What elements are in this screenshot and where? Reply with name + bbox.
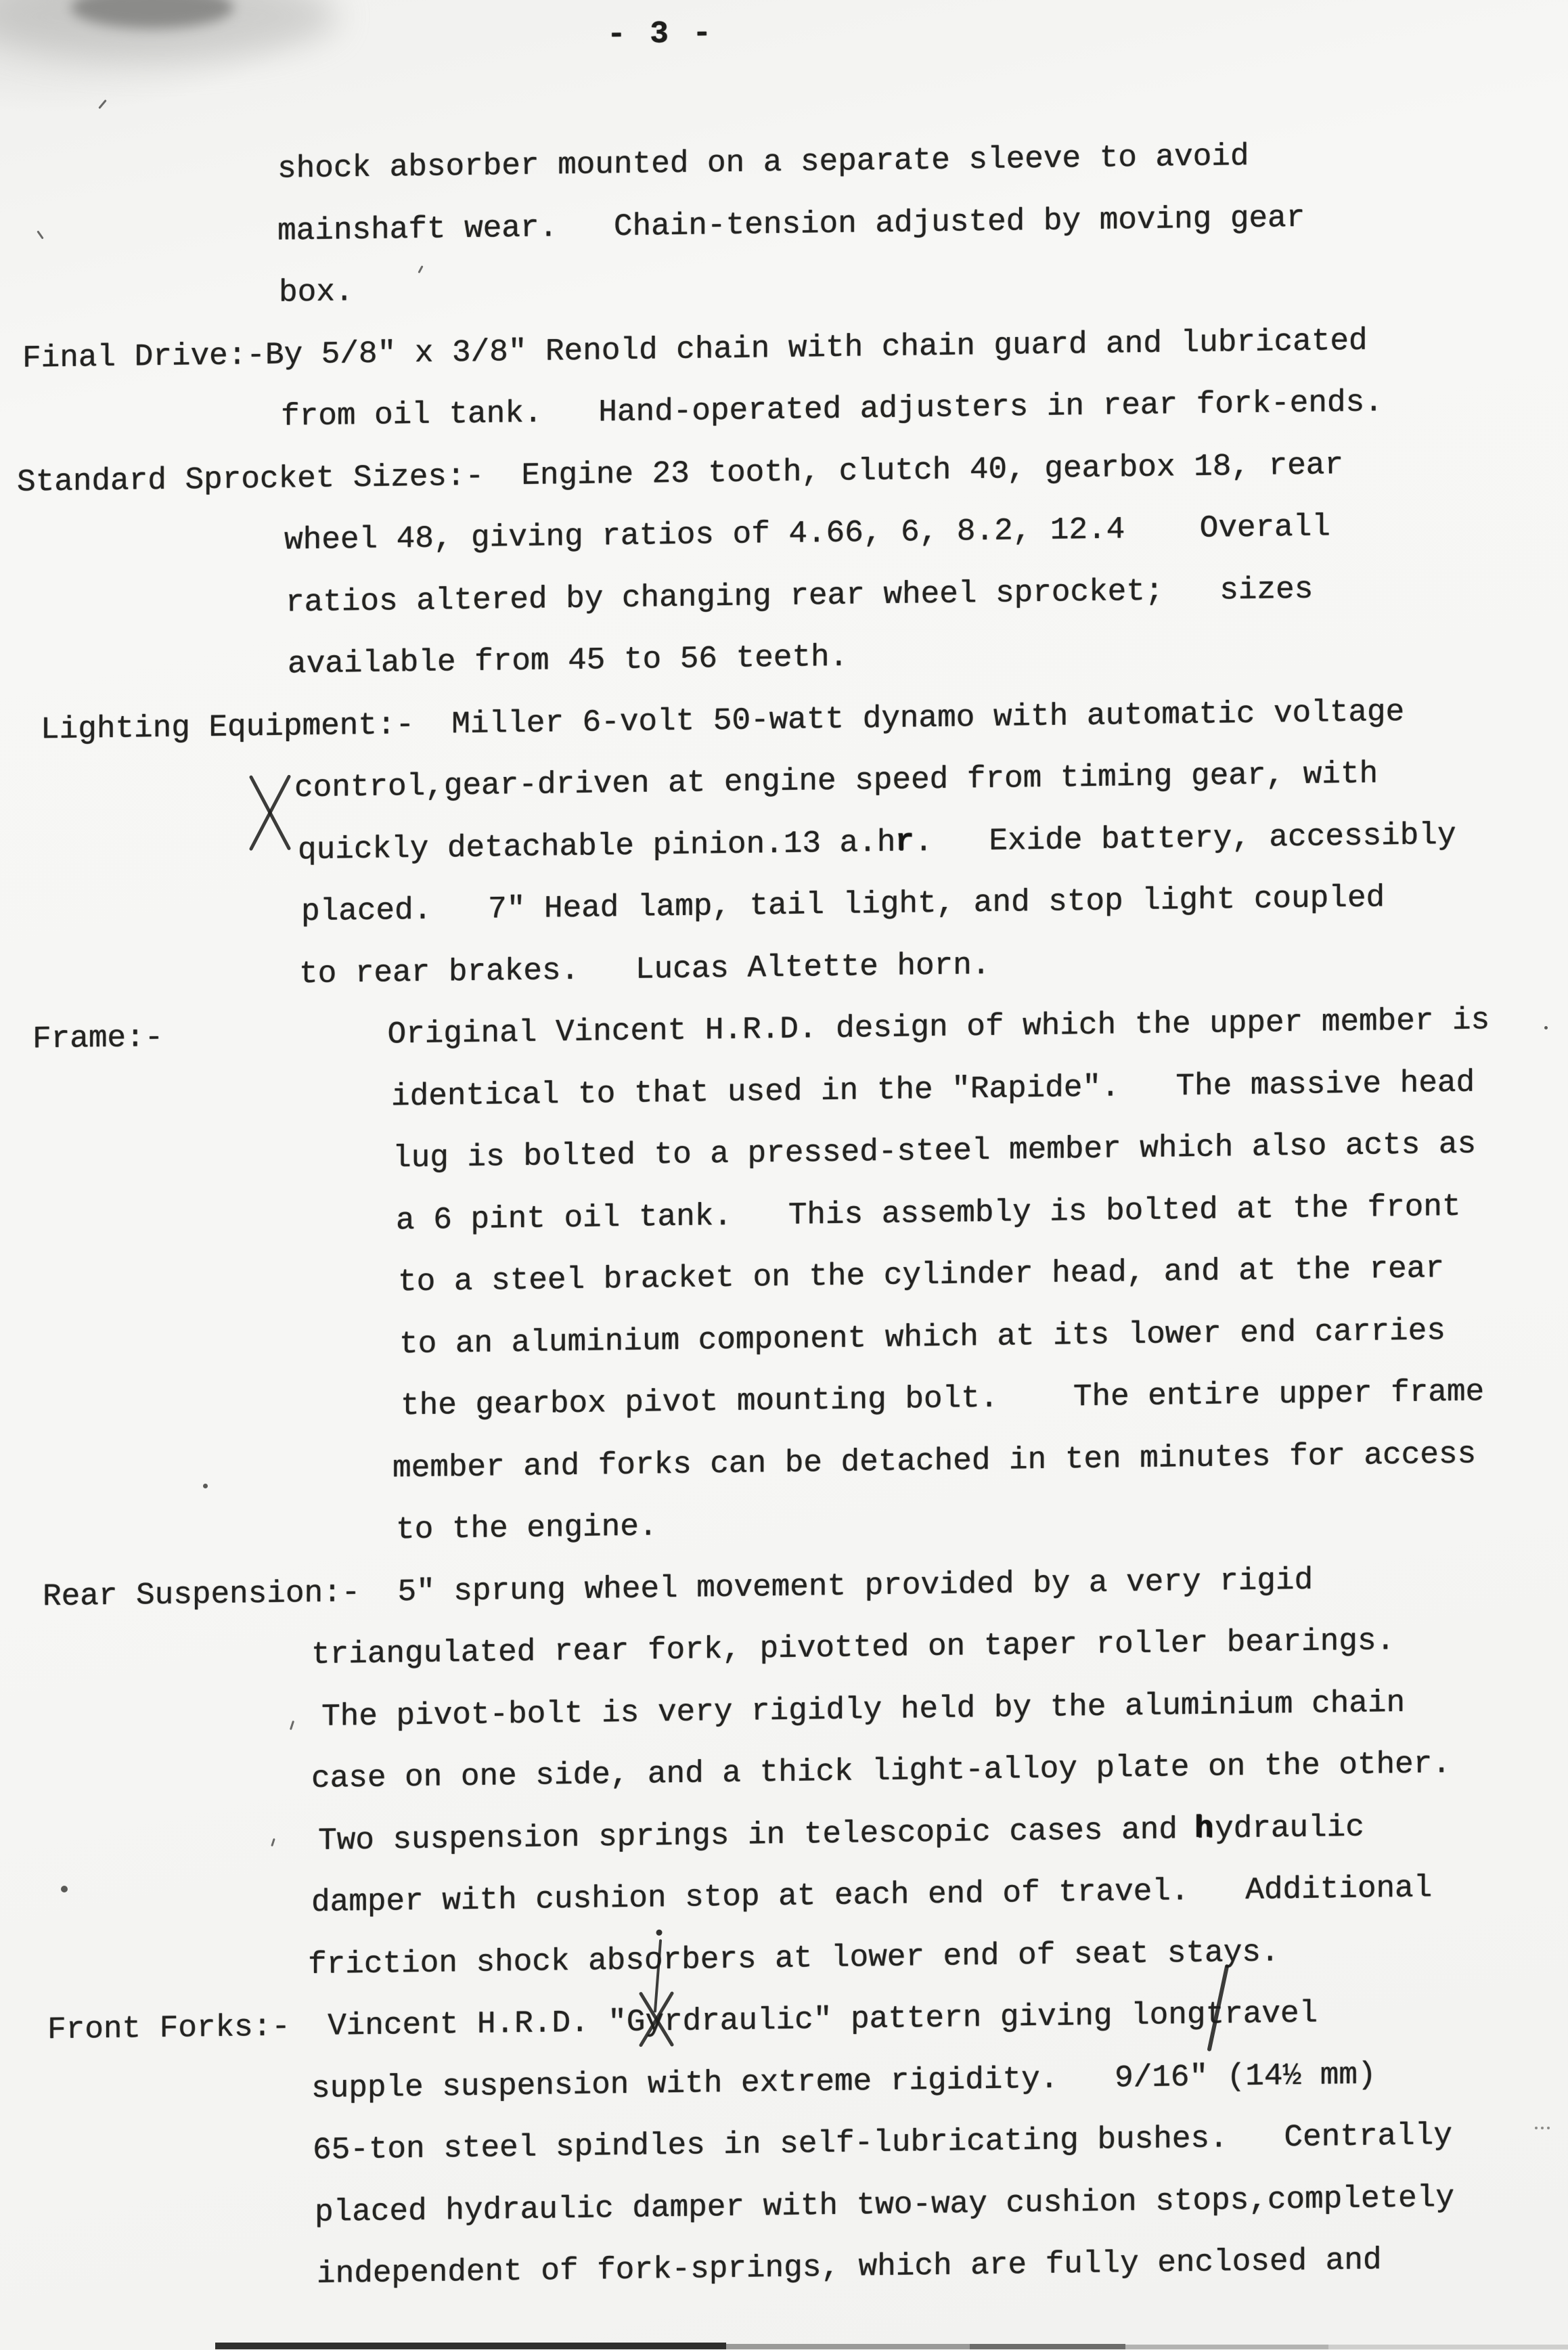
scanner-edge-bar: [726, 2344, 970, 2349]
text-line: triangulated rear fork, pivotted on tape…: [311, 1625, 1395, 1670]
text-line: mainshaft wear. Chain-tension adjusted b…: [277, 202, 1305, 246]
text-line: friction shock absorbers at lower end of…: [308, 1936, 1279, 1980]
text-line: to rear brakes. Lucas Altette horn.: [299, 949, 990, 989]
scanned-document: { "page": { "header": "- 3 -", "ink": "#…: [0, 0, 1568, 2350]
text-line: to the engine.: [396, 1511, 657, 1545]
text-line: control,gear-driven at engine speed from…: [294, 758, 1378, 803]
text-line: damper with cushion stop at each end of …: [311, 1872, 1432, 1918]
text-line: to a steel bracket on the cylinder head,…: [398, 1253, 1444, 1298]
text-line: Front Forks:- Vincent H.R.D. "Gyrdraulic…: [47, 1998, 1318, 2046]
text-line: box.: [279, 276, 353, 308]
speck-artifact: [61, 1886, 68, 1892]
text-line: lug is bolted to a pressed-steel member …: [393, 1128, 1476, 1174]
speck-artifact: [203, 1484, 208, 1488]
text-line: independent of fork-springs, which are f…: [317, 2244, 1381, 2290]
text-line: member and forks can be detached in ten …: [393, 1438, 1476, 1484]
page-number: - 3 -: [607, 18, 714, 50]
text-line: ratios altered by changing rear wheel sp…: [286, 573, 1313, 618]
text-line: the gearbox pivot mounting bolt. The ent…: [401, 1376, 1484, 1421]
paper-background: - 3 - shock absorber mounted on a separa…: [0, 0, 1568, 2350]
text-line: wheel 48, giving ratios of 4.66, 6, 8.2,…: [284, 511, 1330, 556]
text-line: available from 45 to 56 teeth.: [288, 642, 848, 680]
text-line: The pivot-bolt is very rigidly held by t…: [321, 1687, 1405, 1732]
text-line: Rear Suspension:- 5" sprung wheel moveme…: [43, 1564, 1313, 1612]
speck-artifact: [1544, 1026, 1548, 1029]
text-line: from oil tank. Hand-operated adjusters i…: [281, 386, 1383, 432]
overstruck-r-ahr: r: [895, 826, 914, 857]
text-line: Standard Sprocket Sizes:- Engine 23 toot…: [17, 449, 1343, 498]
text-line: Frame:- Original Vincent H.R.D. design o…: [32, 1004, 1489, 1055]
text-line: identical to that used in the "Rapide". …: [391, 1067, 1475, 1112]
text-line: shock absorber mounted on a separate sle…: [277, 141, 1249, 185]
text-line: to an aluminium component which at its l…: [399, 1315, 1446, 1360]
speck-artifact: [1547, 2127, 1550, 2129]
text-line: 65-ton steel spindles in self-lubricatin…: [313, 2120, 1452, 2166]
text-line: placed. 7" Head lamp, tail light, and st…: [301, 882, 1385, 927]
text-line: a 6 pint oil tank. This assembly is bolt…: [396, 1191, 1460, 1236]
overstruck-h-hydraulic: h: [1194, 1813, 1213, 1844]
text-line: placed hydraulic damper with two-way cus…: [315, 2181, 1454, 2227]
text-line: Final Drive:-By 5/8" x 3/8" Renold chain…: [22, 325, 1368, 374]
speck-artifact: [1535, 2127, 1538, 2129]
inserted-i-girdraulic: [651, 1928, 667, 2016]
typewritten-text-layer: - 3 - shock absorber mounted on a separa…: [0, 0, 1568, 2350]
scanner-edge-bar: [1125, 2345, 1328, 2349]
slash-long-travel: [1207, 1964, 1230, 2052]
text-line: Lighting Equipment:- Miller 6-volt 50-wa…: [41, 696, 1404, 745]
text-line: supple suspension with extreme rigidity.…: [311, 2059, 1376, 2104]
text-line: quickly detachable pinion.13 a.hr. Exide…: [298, 819, 1456, 865]
scanner-edge-bar: [1328, 2345, 1568, 2349]
scanner-edge-bar: [970, 2344, 1125, 2349]
speck-artifact: [1541, 2127, 1544, 2129]
text-line: case on one side, and a thick light-allo…: [311, 1748, 1451, 1794]
x-mark-control: [249, 774, 291, 851]
scanner-edge-bar: [215, 2343, 726, 2349]
